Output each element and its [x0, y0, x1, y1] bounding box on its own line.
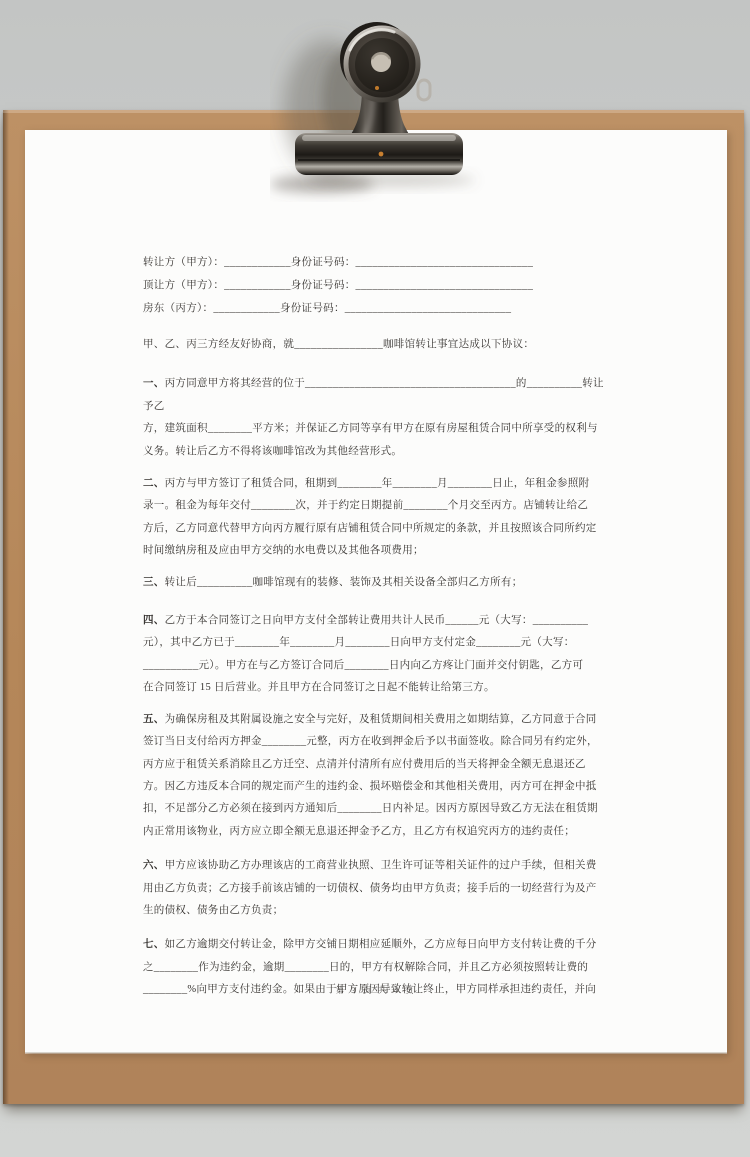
section-number: 四、: [143, 615, 165, 626]
page-number: 第 3 页 共 4 页: [25, 984, 727, 996]
contract-page: 转让方（甲方）：____________身份证号码：______________…: [25, 130, 727, 1053]
party-line-landlord: 房东（丙方）：____________身份证号码：_______________…: [143, 297, 611, 320]
section-number: 二、: [143, 478, 165, 489]
agreement-intro: 甲、乙、丙三方经友好协商，就________________咖啡馆转让事宜达成以…: [143, 334, 611, 356]
contract-section-6: 六、甲方应该协助乙方办理该店的工商营业执照、卫生许可证等相关证件的过户手续，但相…: [143, 855, 611, 922]
section-number: 七、: [143, 939, 165, 950]
contract-section-5: 五、为确保房租及其附属设施之安全与完好，及租赁期间相关费用之如期结算，乙方同意于…: [143, 709, 611, 843]
section-number: 三、: [143, 577, 165, 588]
party-line-transferee: 顶让方（甲方）：____________身份证号码：______________…: [143, 274, 611, 297]
section-number: 一、: [143, 378, 165, 389]
section-text: 丙方同意甲方将其经营的位于___________________________…: [143, 378, 604, 456]
party-line-transferor: 转让方（甲方）：____________身份证号码：______________…: [143, 251, 611, 274]
clipboard-board: 转让方（甲方）：____________身份证号码：______________…: [3, 110, 744, 1104]
section-text: 乙方于本合同签订之日向甲方支付全部转让费用共计人民币______元（大写：___…: [143, 615, 588, 693]
section-text: 甲方应该协助乙方办理该店的工商营业执照、卫生许可证等相关证件的过户手续，但相关费…: [143, 860, 597, 916]
binder-clip: [270, 8, 490, 208]
clip-paper-shadow-wide: [305, 173, 475, 187]
clip-wire-loop: [418, 80, 430, 100]
contract-section-1: 一、丙方同意甲方将其经营的位于_________________________…: [143, 373, 611, 463]
clip-bar-seam: [298, 159, 460, 161]
clip-glint-bar: [379, 152, 384, 157]
clip-bar-top-highlight: [302, 135, 456, 141]
section-number: 六、: [143, 860, 165, 871]
section-number: 五、: [143, 714, 165, 725]
contract-section-4: 四、乙方于本合同签订之日向甲方支付全部转让费用共计人民币______元（大写：_…: [143, 610, 611, 700]
contract-section-3: 三、转让后__________咖啡馆现有的装修、装饰及其相关设备全部归乙方所有；: [143, 572, 611, 594]
contract-body: 转让方（甲方）：____________身份证号码：______________…: [143, 251, 611, 1002]
clip-glint-knob: [375, 86, 379, 90]
section-text: 转让后__________咖啡馆现有的装修、装饰及其相关设备全部归乙方所有；: [165, 577, 523, 588]
section-text: 为确保房租及其附属设施之安全与完好，及租赁期间相关费用之如期结算，乙方同意于合同…: [143, 714, 598, 837]
contract-section-2: 二、丙方与甲方签订了租赁合同，租期到________年________月____…: [143, 473, 611, 563]
section-text: 丙方与甲方签订了租赁合同，租期到________年________月______…: [143, 478, 597, 556]
